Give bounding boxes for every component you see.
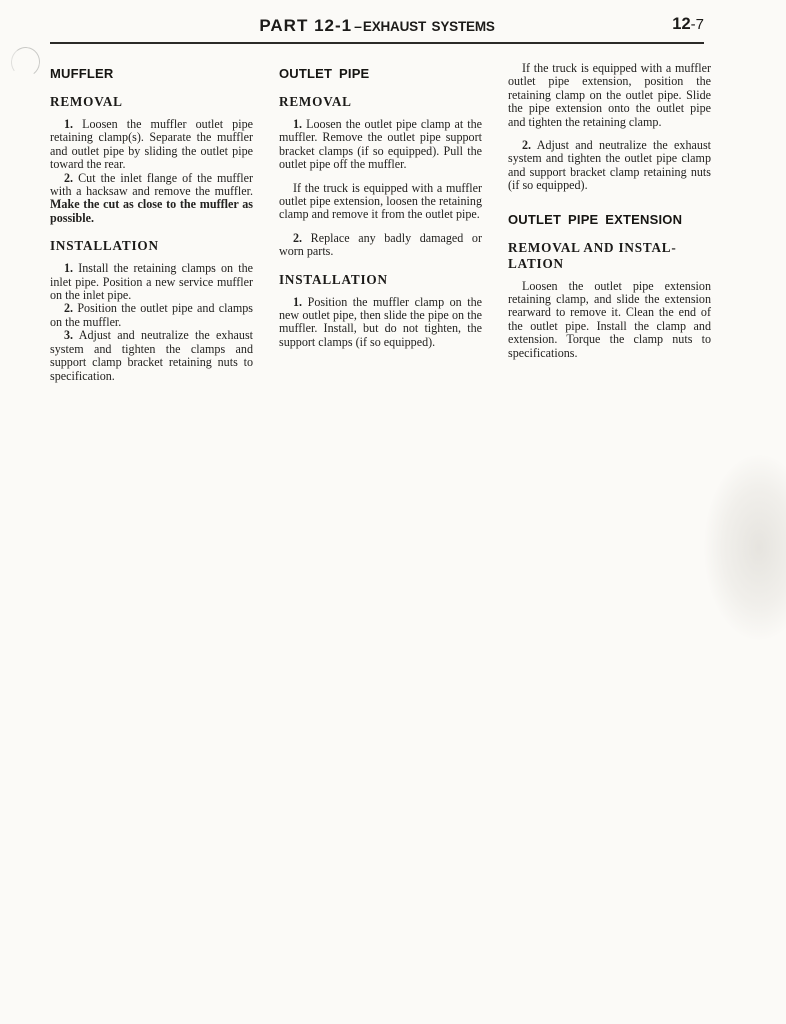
muffler-install-step-3: 3. Adjust and neutralize the exhaust sys… [50, 329, 253, 383]
outlet-pipe-removal-note: If the truck is equipped with a muffler … [279, 182, 482, 222]
paragraph-text: If the truck is equipped with a muffler … [508, 61, 711, 129]
page-number-major: 12 [672, 15, 690, 33]
step-emphasis: Make the cut as close to the muffler as … [50, 197, 253, 224]
page-title-part: PART 12-1 [259, 16, 352, 35]
step-text: Adjust and neutralize the exhaust system… [508, 138, 711, 192]
section-title-muffler: MUFFLER [50, 66, 253, 81]
heading-line-1: REMOVAL AND INSTAL- [508, 240, 677, 255]
column-2-outlet-pipe: OUTLET PIPE REMOVAL 1. Loosen the outlet… [279, 62, 482, 383]
step-number: 1. [293, 295, 302, 309]
paragraph-text: If the truck is equipped with a muffler … [279, 181, 482, 222]
paragraph-text: Loosen the outlet pipe extension retaini… [508, 279, 711, 360]
content-columns: MUFFLER REMOVAL 1. Loosen the muffler ou… [50, 62, 712, 383]
outlet-pipe-install-note: If the truck is equipped with a muffler … [508, 62, 711, 129]
step-number: 1. [64, 117, 73, 131]
step-text: Adjust and neutralize the exhaust system… [50, 328, 253, 382]
outlet-pipe-removal-step-2: 2. Replace any badly damaged or worn par… [279, 232, 482, 259]
section-title-outlet-pipe: OUTLET PIPE [279, 66, 482, 81]
page-title-dash: – [352, 18, 363, 34]
outlet-pipe-install-step-1: 1. Position the muffler clamp on the new… [279, 296, 482, 350]
heading-muffler-removal: REMOVAL [50, 94, 253, 110]
step-text: Loosen the outlet pipe clamp at the muff… [279, 117, 482, 171]
step-text: Replace any badly damaged or worn parts. [279, 231, 482, 258]
outlet-pipe-removal-step-1: 1. Loosen the outlet pipe clamp at the m… [279, 118, 482, 172]
muffler-install-step-2: 2. Position the outlet pipe and clamps o… [50, 302, 253, 329]
heading-outlet-pipe-removal: REMOVAL [279, 94, 482, 110]
step-number: 1. [64, 261, 73, 275]
muffler-removal-step-2: 2. Cut the inlet flange of the muffler w… [50, 172, 253, 226]
heading-line-2: LATION [508, 256, 564, 271]
manual-page: PART 12-1–EXHAUST SYSTEMS 12-7 MUFFLER R… [0, 0, 786, 1024]
step-text: Position the muffler clamp on the new ou… [279, 295, 482, 349]
step-number: 2. [293, 231, 302, 245]
page-number: 12-7 [672, 15, 704, 34]
heading-extension-removal-installation: REMOVAL AND INSTAL-LATION [508, 240, 711, 272]
step-text: Position the outlet pipe and clamps on t… [50, 301, 253, 328]
step-number: 2. [64, 301, 73, 315]
header-rule [50, 42, 704, 44]
step-number: 3. [64, 328, 73, 342]
muffler-install-step-1: 1. Install the retaining clamps on the i… [50, 262, 253, 302]
outlet-pipe-install-step-2: 2. Adjust and neutralize the exhaust sys… [508, 139, 711, 193]
heading-muffler-installation: INSTALLATION [50, 238, 253, 254]
step-text: Loosen the muffler outlet pipe retaining… [50, 117, 253, 171]
extension-body: Loosen the outlet pipe extension retaini… [508, 280, 711, 360]
page-number-minor: -7 [691, 16, 704, 33]
step-number: 1. [293, 117, 302, 131]
heading-outlet-pipe-installation: INSTALLATION [279, 272, 482, 288]
scan-smudge [704, 455, 786, 640]
muffler-removal-step-1: 1. Loosen the muffler outlet pipe retain… [50, 118, 253, 172]
step-text: Install the retaining clamps on the inle… [50, 261, 253, 302]
page-title: PART 12-1–EXHAUST SYSTEMS [50, 16, 704, 36]
page-header: PART 12-1–EXHAUST SYSTEMS 12-7 [50, 15, 704, 39]
column-1-muffler: MUFFLER REMOVAL 1. Loosen the muffler ou… [50, 62, 253, 383]
page-title-section: EXHAUST SYSTEMS [363, 19, 495, 34]
section-title-outlet-pipe-extension: OUTLET PIPE EXTENSION [508, 212, 711, 227]
step-number: 2. [522, 138, 531, 152]
step-text: Cut the inlet flange of the muffler with… [50, 171, 253, 198]
column-3-extension: If the truck is equipped with a muffler … [508, 62, 711, 383]
step-number: 2. [64, 171, 73, 185]
scan-artifact-arc-icon [9, 45, 42, 79]
